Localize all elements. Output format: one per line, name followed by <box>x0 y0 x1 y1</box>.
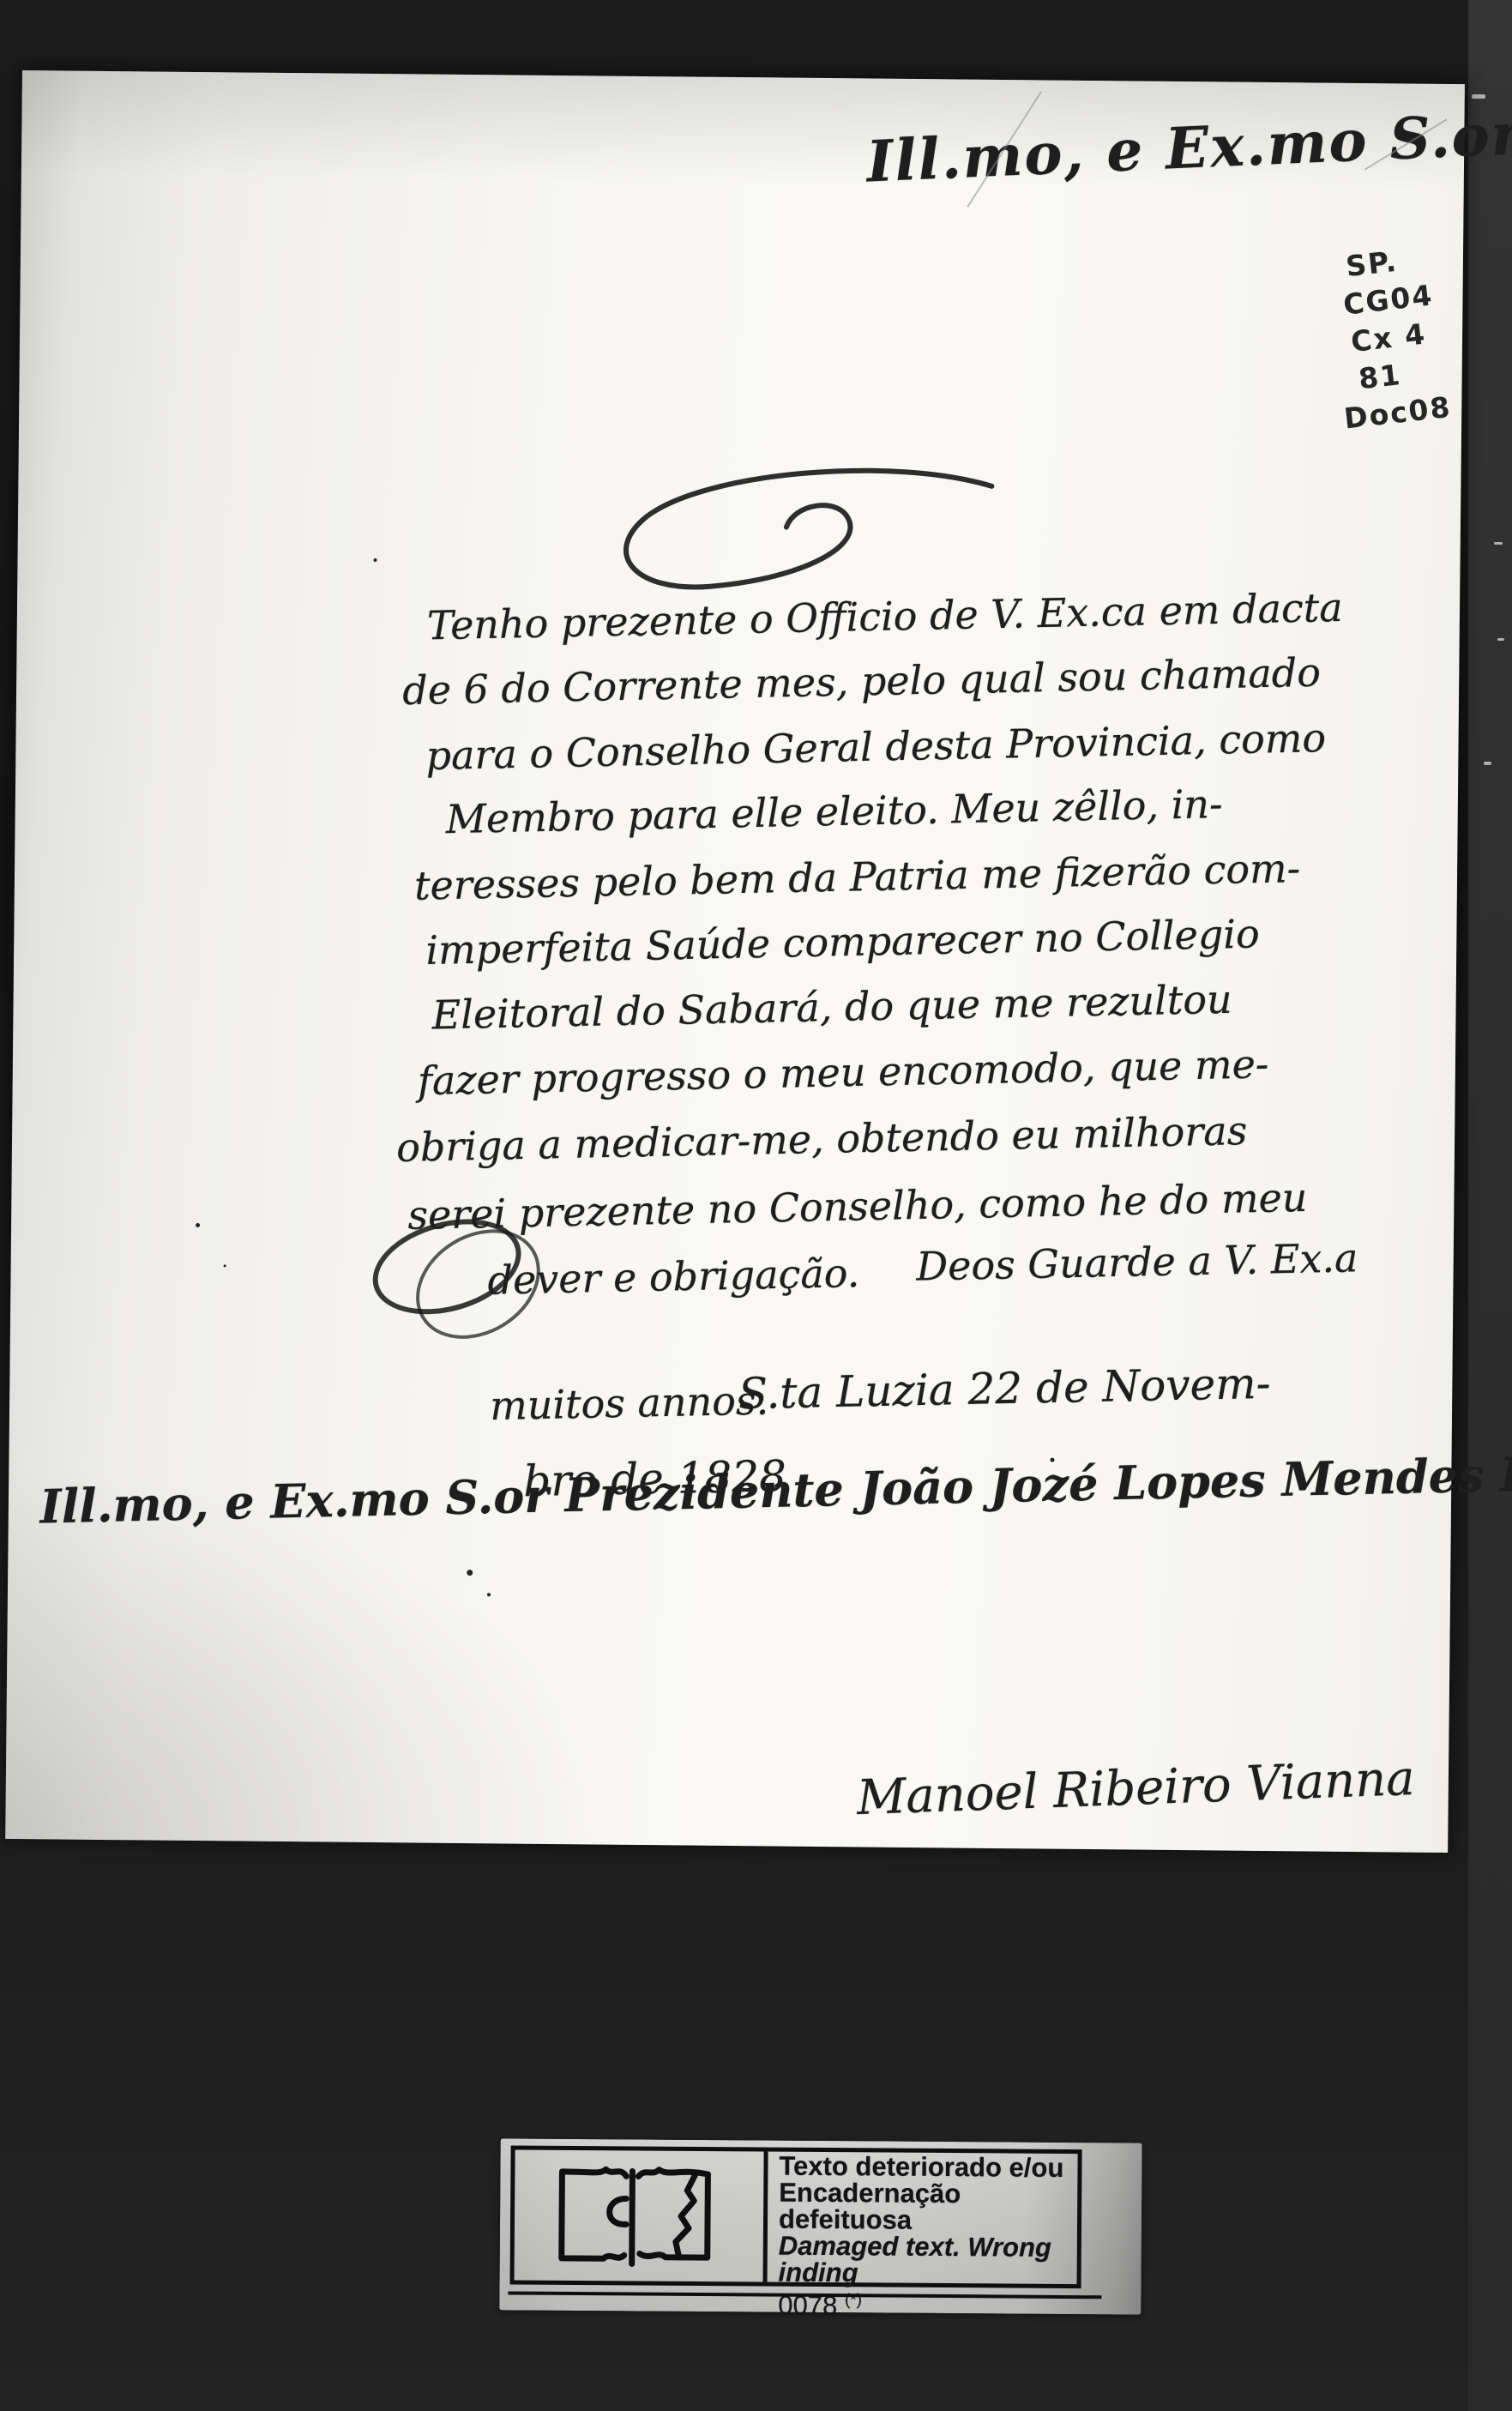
body-line: obriga a medicar-me, obtendo eu milhoras <box>396 1107 1248 1171</box>
condition-text-pt: Encadernação defeituosa <box>779 2179 1070 2234</box>
body-line-text: imperfeita Saúde comparecer no Collegio <box>425 910 1260 973</box>
letter-body: Tenho prezente o Officio de V. Ex.ca em … <box>5 70 1465 1853</box>
damaged-book-icon <box>549 2159 721 2273</box>
body-line-text: de 6 do Corrente mes, pelo qual sou cham… <box>402 649 1322 714</box>
body-line-text: dever e obrigação. <box>487 1250 860 1304</box>
condition-label-frame: Texto deteriorado e/ou Encadernação defe… <box>510 2145 1082 2288</box>
dust-speck <box>1472 94 1485 99</box>
dateline: S.ta Luzia 22 de Novem- <box>738 1359 1271 1419</box>
valediction: Deos Guarde a V. Ex.a <box>916 1234 1358 1289</box>
scan-edge-strip <box>1468 0 1512 2411</box>
body-line: muitos annos.S.ta Luzia 22 de Novem- <box>490 1377 769 1430</box>
dust-speck <box>1494 542 1503 545</box>
label-divider <box>763 2152 768 2282</box>
ink-speck <box>487 1593 491 1596</box>
body-line: Eleitoral do Sabará, do que me rezultou <box>431 976 1232 1039</box>
body-line: de 6 do Corrente mes, pelo qual sou cham… <box>402 649 1322 714</box>
ink-speck <box>1050 1458 1054 1462</box>
ink-speck <box>224 1264 226 1267</box>
body-line-text: Tenho prezente o Officio de V. Ex.ca em … <box>427 584 1344 648</box>
body-line: para o Conselho Geral desta Provincia, c… <box>425 714 1326 779</box>
body-line-text: Eleitoral do Sabará, do que me rezultou <box>431 976 1232 1039</box>
dust-speck <box>1497 638 1504 641</box>
body-line: imperfeita Saúde comparecer no Collegio <box>425 910 1260 973</box>
ink-speck <box>467 1570 473 1576</box>
condition-number-row: 0078 (*) <box>778 2287 1069 2321</box>
ink-speck <box>196 1223 200 1227</box>
letter-page: Ill.mo, e Ex.mo S.or SP. CG04 Cx 4 81 Do… <box>5 70 1465 1853</box>
body-line: Membro para elle eleito. Meu zêllo, in- <box>445 781 1223 842</box>
body-line: dever e obrigação.Deos Guarde a V. Ex.a <box>487 1250 860 1304</box>
condition-text-en: Damaged text. Wrong inding <box>779 2233 1070 2287</box>
condition-label: Texto deteriorado e/ou Encadernação defe… <box>499 2138 1142 2314</box>
body-line-text: teresses pelo bem da Patria me fizerão c… <box>414 845 1301 909</box>
body-line: teresses pelo bem da Patria me fizerão c… <box>414 845 1301 909</box>
body-line-text: muitos annos. <box>490 1377 769 1430</box>
dust-speck <box>1484 762 1491 765</box>
body-line-text: serei prezente no Conselho, como he do m… <box>407 1174 1308 1239</box>
body-line: fazer progresso o meu encomodo, que me- <box>417 1040 1268 1104</box>
body-line: serei prezente no Conselho, como he do m… <box>407 1174 1308 1239</box>
body-line-text: fazer progresso o meu encomodo, que me- <box>417 1040 1268 1104</box>
body-line-text: obriga a medicar-me, obtendo eu milhoras <box>396 1107 1248 1171</box>
body-line-text: Membro para elle eleito. Meu zêllo, in- <box>445 781 1223 842</box>
body-line: Tenho prezente o Officio de V. Ex.ca em … <box>427 584 1344 648</box>
scan-background: Ill.mo, e Ex.mo S.or SP. CG04 Cx 4 81 Do… <box>0 0 1512 2411</box>
ink-speck <box>374 558 377 562</box>
body-line-text: para o Conselho Geral desta Provincia, c… <box>425 714 1326 779</box>
